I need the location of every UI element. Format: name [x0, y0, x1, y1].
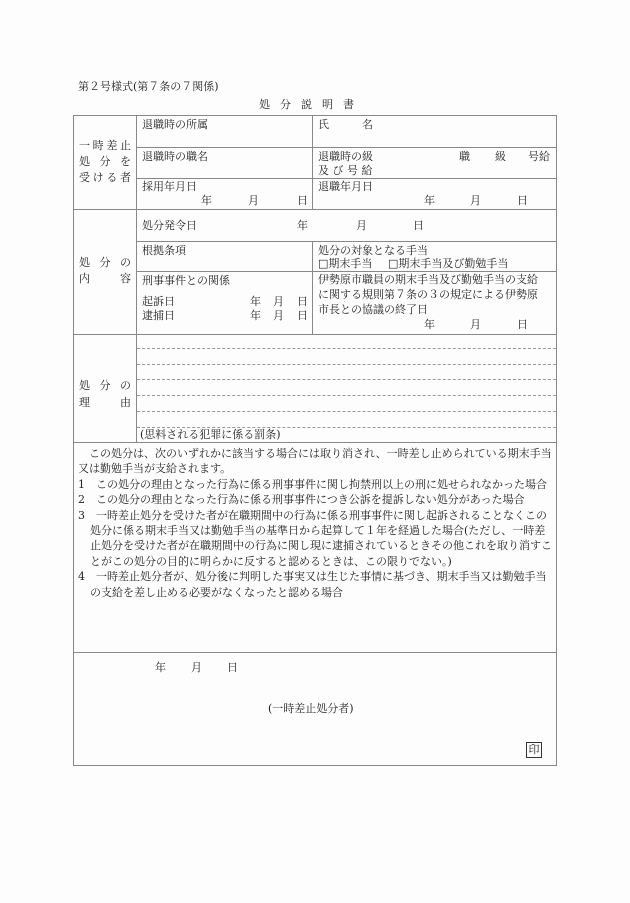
label-line: 内容	[79, 272, 131, 286]
field-target-allowance-label: 処分の対象となる手当	[318, 244, 428, 258]
date-unit: 月	[356, 219, 367, 233]
field-hire-date-label: 採用年月日	[142, 180, 197, 194]
label-line: 理由	[79, 396, 131, 410]
notice-item: 1 この処分の理由となった行為に係る刑事事件に関し拘禁刑以上の刑に処せられなかっ…	[78, 477, 552, 492]
field-name-label: 氏 名	[318, 118, 373, 132]
date-unit: 日	[517, 194, 528, 208]
date-unit: 月	[470, 318, 481, 332]
field-indictment-date-label: 起訴日	[142, 295, 175, 309]
label-line: 一時差止	[79, 139, 131, 153]
consultation-text: 市長との協議の終了日	[318, 303, 428, 317]
date-unit: 年	[250, 295, 261, 309]
field-position-label: 退職時の職名	[142, 150, 208, 164]
row-divider	[136, 178, 557, 179]
date-unit: 月	[273, 309, 284, 323]
seal-stamp-icon: 印	[526, 742, 542, 758]
date-unit: 日	[297, 309, 308, 323]
section-divider	[73, 209, 557, 210]
notice-lead: この処分は、次のいずれかに該当する場合には取り消され、一時差し止められている期末…	[78, 446, 552, 477]
field-retire-date-label: 退職年月日	[318, 180, 373, 194]
section-divider	[73, 652, 557, 653]
date-unit: 年	[424, 194, 435, 208]
row-divider	[136, 241, 557, 242]
column-divider	[312, 241, 313, 334]
date-unit: 月	[248, 194, 259, 208]
dashed-line	[137, 379, 556, 380]
dashed-line	[137, 348, 556, 349]
date-unit: 日	[517, 318, 528, 332]
date-unit: 月	[470, 194, 481, 208]
dashed-line	[137, 395, 556, 396]
notice-item: 3 一時差止処分を受けた者が在職期間中の行為に係る刑事事件に関し起訴されることな…	[78, 508, 552, 570]
dashed-line	[137, 364, 556, 365]
consultation-text: 伊勢原市職員の期末手当及び勤勉手当の支給	[318, 273, 538, 287]
page-title: 処分説明書	[259, 98, 364, 112]
field-arrest-date-label: 逮捕日	[142, 309, 175, 323]
date-unit: 年	[155, 661, 166, 675]
penalty-note: (思料される犯罪に係る罰条)	[140, 428, 281, 442]
field-criminal-relation-label: 刑事事件との関係	[142, 274, 230, 288]
grade-unit: 号給	[528, 150, 550, 164]
date-unit: 月	[191, 661, 202, 675]
notice-item: 4 一時差止処分者が、処分後に判明した事実又は生じた事情に基づき、期末手当又は勤…	[78, 569, 552, 600]
date-unit: 年	[424, 318, 435, 332]
field-grade-label: 退職時の級	[318, 150, 373, 164]
column-divider	[312, 115, 313, 209]
field-grade-label-2: 及 び 号 給	[318, 164, 373, 178]
date-unit: 年	[201, 194, 212, 208]
field-affiliation-label: 退職時の所属	[142, 118, 208, 132]
label-line: 処分の	[79, 256, 131, 270]
date-unit: 月	[273, 295, 284, 309]
date-unit: 日	[297, 194, 308, 208]
checkbox-year-end-allowance[interactable]: □期末手当	[318, 257, 372, 271]
checkbox-year-end-and-diligence-allowance[interactable]: □期末手当及び勤勉手当	[388, 257, 508, 271]
consultation-text: に関する規則第７条の３の規定による伊勢原	[318, 288, 538, 302]
field-basis-label: 根拠条項	[142, 244, 186, 258]
issuer-label: (一時差止処分者)	[268, 702, 354, 716]
section-divider	[73, 442, 557, 443]
date-unit: 年	[297, 219, 308, 233]
label-column-divider	[136, 115, 137, 442]
label-line: 処分を	[79, 155, 131, 169]
dashed-line	[137, 411, 556, 412]
label-line: 受ける者	[79, 171, 131, 185]
section-divider	[73, 334, 557, 335]
row-divider	[136, 147, 557, 148]
grade-unit: 級	[495, 150, 506, 164]
grade-unit: 職	[459, 150, 470, 164]
date-unit: 日	[413, 219, 424, 233]
notice-text: この処分は、次のいずれかに該当する場合には取り消され、一時差し止められている期末…	[78, 446, 552, 600]
date-unit: 日	[297, 295, 308, 309]
form-number: 第２号様式(第７条の７関係)	[78, 80, 219, 94]
field-issue-date-label: 処分発令日	[142, 219, 197, 233]
row-divider	[136, 271, 557, 272]
notice-item: 2 この処分の理由となった行為に係る刑事事件につき公訴を提訴しない処分があった場…	[78, 492, 552, 507]
label-line: 処分の	[79, 379, 131, 393]
date-unit: 日	[227, 661, 238, 675]
date-unit: 年	[250, 309, 261, 323]
